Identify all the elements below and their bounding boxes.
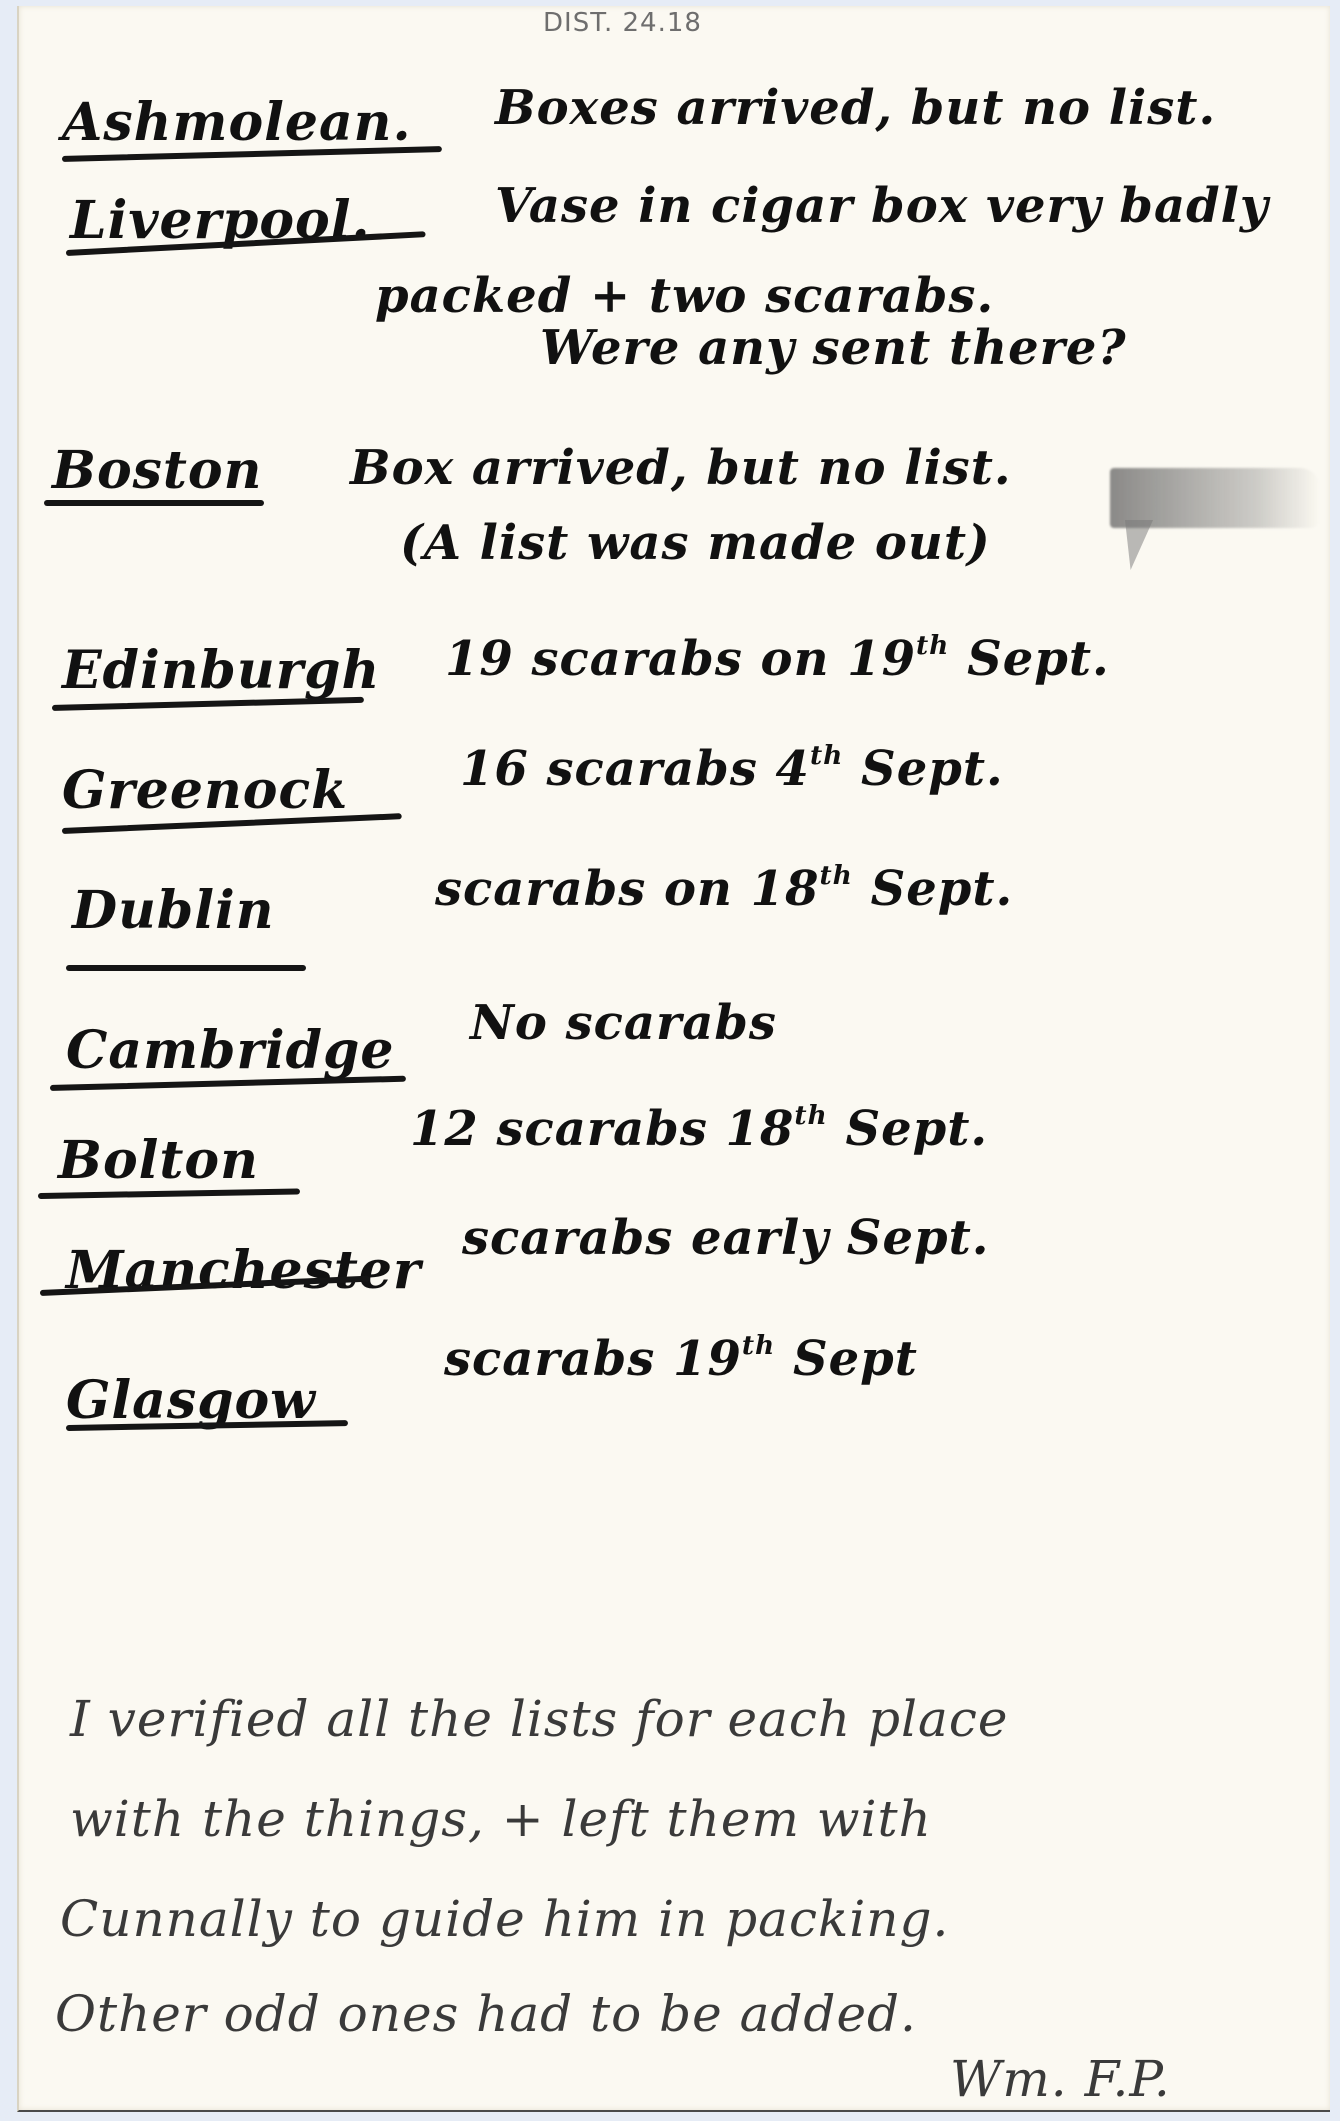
underline <box>66 965 306 971</box>
note-boston-cont: (A list was made out) <box>400 515 991 571</box>
signature: Wm. F.P. <box>950 2050 1171 2108</box>
closing-line-3: Cunnally to guide him in packing. <box>60 1890 949 1948</box>
closing-line-4: Other odd ones had to be added. <box>55 1985 917 2043</box>
place-boston: Boston <box>52 440 262 501</box>
note-liverpool: Vase in cigar box very badly <box>495 178 1269 234</box>
place-dublin: Dublin <box>72 880 275 941</box>
closing-line-2: with the things, + left them with <box>70 1790 932 1848</box>
catalog-number: DIST. 24.18 <box>543 8 702 38</box>
note-dublin: scarabs on 18th Sept. <box>435 860 1013 917</box>
closing-line-1: I verified all the lists for each place <box>70 1690 1008 1748</box>
note-boston: Box arrived, but no list. <box>350 440 1012 496</box>
pencil-smudge <box>1110 468 1320 528</box>
note-glasgow: scarabs 19th Sept <box>444 1330 918 1387</box>
place-greenock: Greenock <box>62 760 348 821</box>
place-cambridge: Cambridge <box>66 1020 394 1081</box>
note-cambridge: No scarabs <box>470 995 777 1051</box>
note-liverpool-question: Were any sent there? <box>540 320 1127 376</box>
note-edinburgh: 19 scarabs on 19th Sept. <box>445 630 1110 687</box>
underline <box>44 500 264 506</box>
note-bolton: 12 scarabs 18th Sept. <box>410 1100 988 1157</box>
note-liverpool-cont: packed + two scarabs. <box>375 268 994 324</box>
place-bolton: Bolton <box>58 1130 259 1191</box>
place-edinburgh: Edinburgh <box>62 640 380 701</box>
note-greenock: 16 scarabs 4th Sept. <box>460 740 1004 797</box>
note-manchester: scarabs early Sept. <box>462 1210 989 1266</box>
place-ashmolean: Ashmolean. <box>62 92 412 153</box>
note-ashmolean: Boxes arrived, but no list. <box>495 80 1216 136</box>
